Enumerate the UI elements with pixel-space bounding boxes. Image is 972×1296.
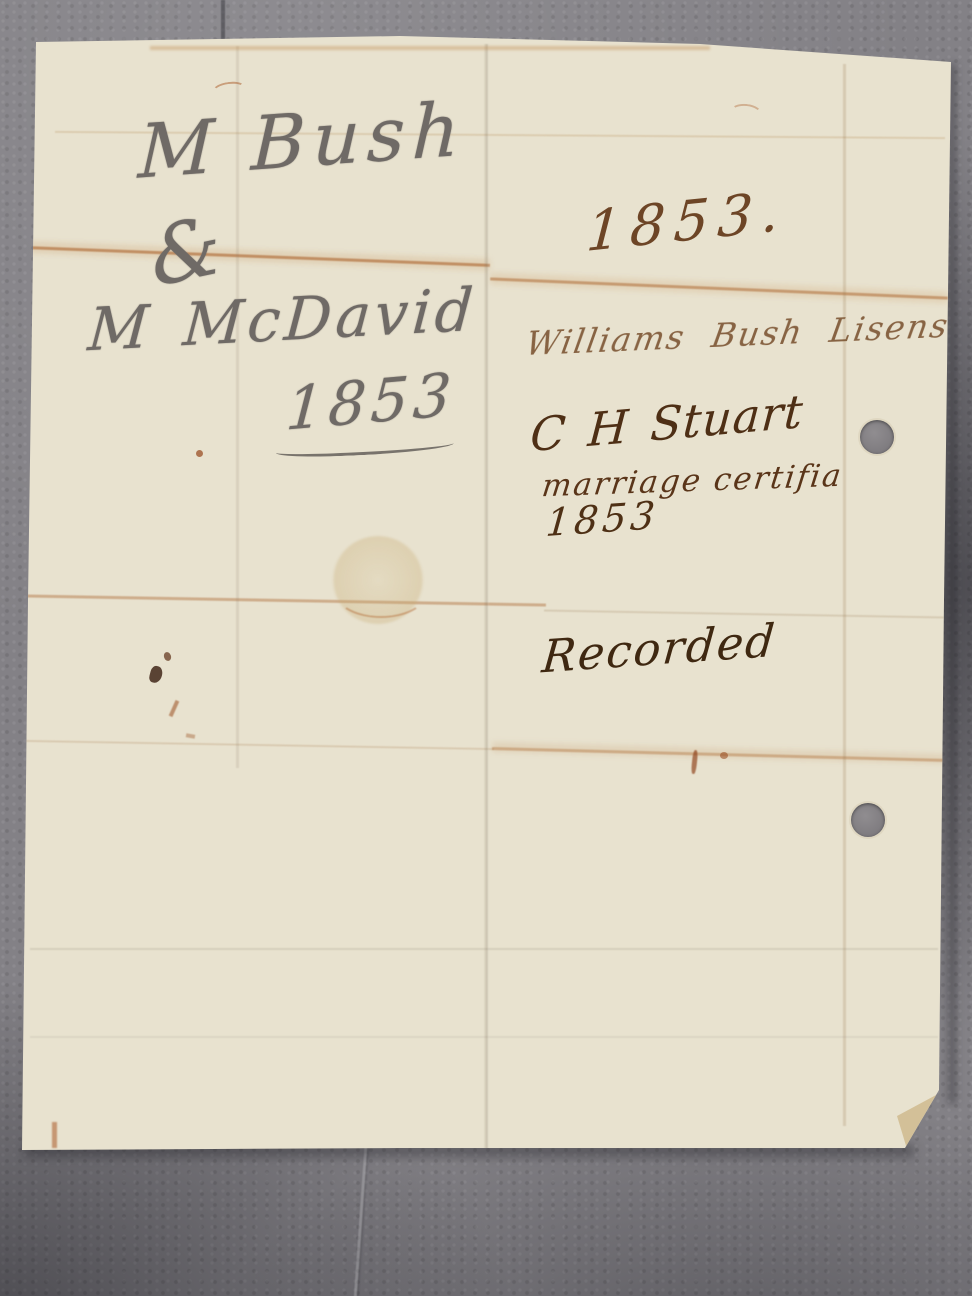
handwriting-ink-license-line: Williams Bush Lisens bbox=[523, 309, 951, 361]
rust-streak-left-edge bbox=[169, 700, 180, 717]
water-stain-rust-arc bbox=[336, 570, 426, 618]
handwriting-ink-name-stuart: C H Stuart bbox=[529, 388, 805, 458]
rust-mark-top-left bbox=[211, 80, 247, 101]
handwriting-ink-marriage-certificate: marriage certifia bbox=[540, 461, 844, 503]
fold-crease-vertical-center bbox=[484, 44, 489, 1150]
fold-crease-lower-left bbox=[24, 740, 494, 750]
handwriting-pencil-year: 1853 bbox=[284, 364, 458, 438]
rust-spot-center-fold bbox=[720, 752, 728, 759]
handwriting-pencil-name-bush: M Bush bbox=[137, 92, 468, 189]
hole-punch-top bbox=[860, 420, 894, 454]
handwriting-ink-year-top: 1853. bbox=[585, 183, 790, 260]
handwriting-pencil-ampersand: & bbox=[145, 205, 226, 299]
photo: M Bush & M McDavid 1853 1853. Williams B… bbox=[0, 0, 972, 1296]
ink-blot-left-edge bbox=[148, 665, 164, 685]
rust-streak-bottom-left bbox=[52, 1122, 57, 1148]
rust-mark-top-right bbox=[729, 102, 763, 123]
handwriting-ink-year-lower: 1853 bbox=[544, 496, 660, 542]
top-edge-stain bbox=[150, 46, 710, 50]
paper-shadow-right bbox=[948, 64, 956, 1104]
handwriting-pencil-name-mcdavid: M McDavid bbox=[86, 280, 479, 360]
background-seam-bottom bbox=[354, 1146, 368, 1296]
handwriting-ink-recorded: Recorded bbox=[540, 618, 778, 680]
rust-streak-left-edge-small bbox=[186, 733, 196, 739]
fold-crease-middle-left bbox=[24, 594, 546, 606]
rust-spot-near-1853 bbox=[196, 450, 203, 457]
fold-crease-vertical-right bbox=[843, 64, 846, 1126]
document-paper: M Bush & M McDavid 1853 1853. Williams B… bbox=[0, 0, 972, 1296]
handwriting-pencil-year-underline bbox=[276, 443, 454, 459]
hole-punch-bottom bbox=[851, 803, 885, 837]
ink-blot-left-edge-small bbox=[163, 651, 173, 662]
